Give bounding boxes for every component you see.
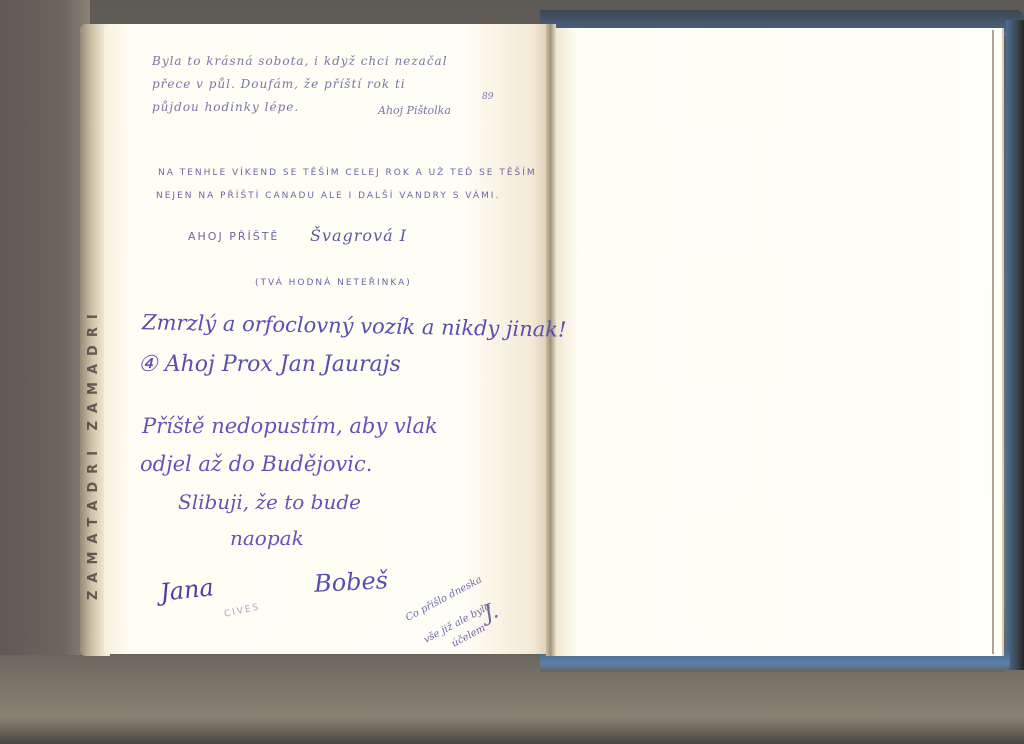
entry-2-line-3: AHOJ PŘÍŠTĚ <box>188 230 279 243</box>
notebook-cover-right <box>1006 20 1024 670</box>
entry-3-line-2: ④ Ahoj Prox Jan Jaurajs <box>138 352 401 377</box>
entry-2-signature: Švagrová I <box>310 226 407 245</box>
entry-1-line-3: půjdou hodinky lépe. <box>152 100 299 114</box>
entry-2-note: (TVÁ HODNÁ NETEŘINKA) <box>255 278 412 288</box>
right-page-edge <box>992 30 994 654</box>
entry-2-line-1: NA TENHLE VÍKEND SE TĚŠÍM CELEJ ROK A UŽ… <box>158 168 537 178</box>
entry-1-year: 89 <box>482 92 493 102</box>
entry-1-signature: Ahoj Pištolka <box>378 104 451 117</box>
entry-1-line-2: přece v půl. Doufám, že příští rok ti <box>152 77 406 91</box>
entry-4-line-1: Příště nedopustím, aby vlak <box>142 414 438 438</box>
entry-4-line-3: Slibuji, že to bude <box>178 490 361 514</box>
entry-2-line-2: NEJEN NA PŘÍŠTÍ CANADU ALE I DALŠÍ VANDR… <box>156 191 500 201</box>
entry-1-line-1: Byla to krásná sobota, i když chci nezač… <box>152 54 448 68</box>
entry-4-line-2: odjel až do Budějovic. <box>140 452 372 476</box>
right-page <box>556 28 1004 656</box>
entry-4-line-4: naopak <box>230 526 304 550</box>
signature-bobes: Bobeš <box>313 566 388 598</box>
spine-edge-text: ZAMATADRI ZAMADRI <box>86 60 102 600</box>
signature-jana: Jana <box>159 573 215 606</box>
scan-background-left <box>0 0 90 744</box>
